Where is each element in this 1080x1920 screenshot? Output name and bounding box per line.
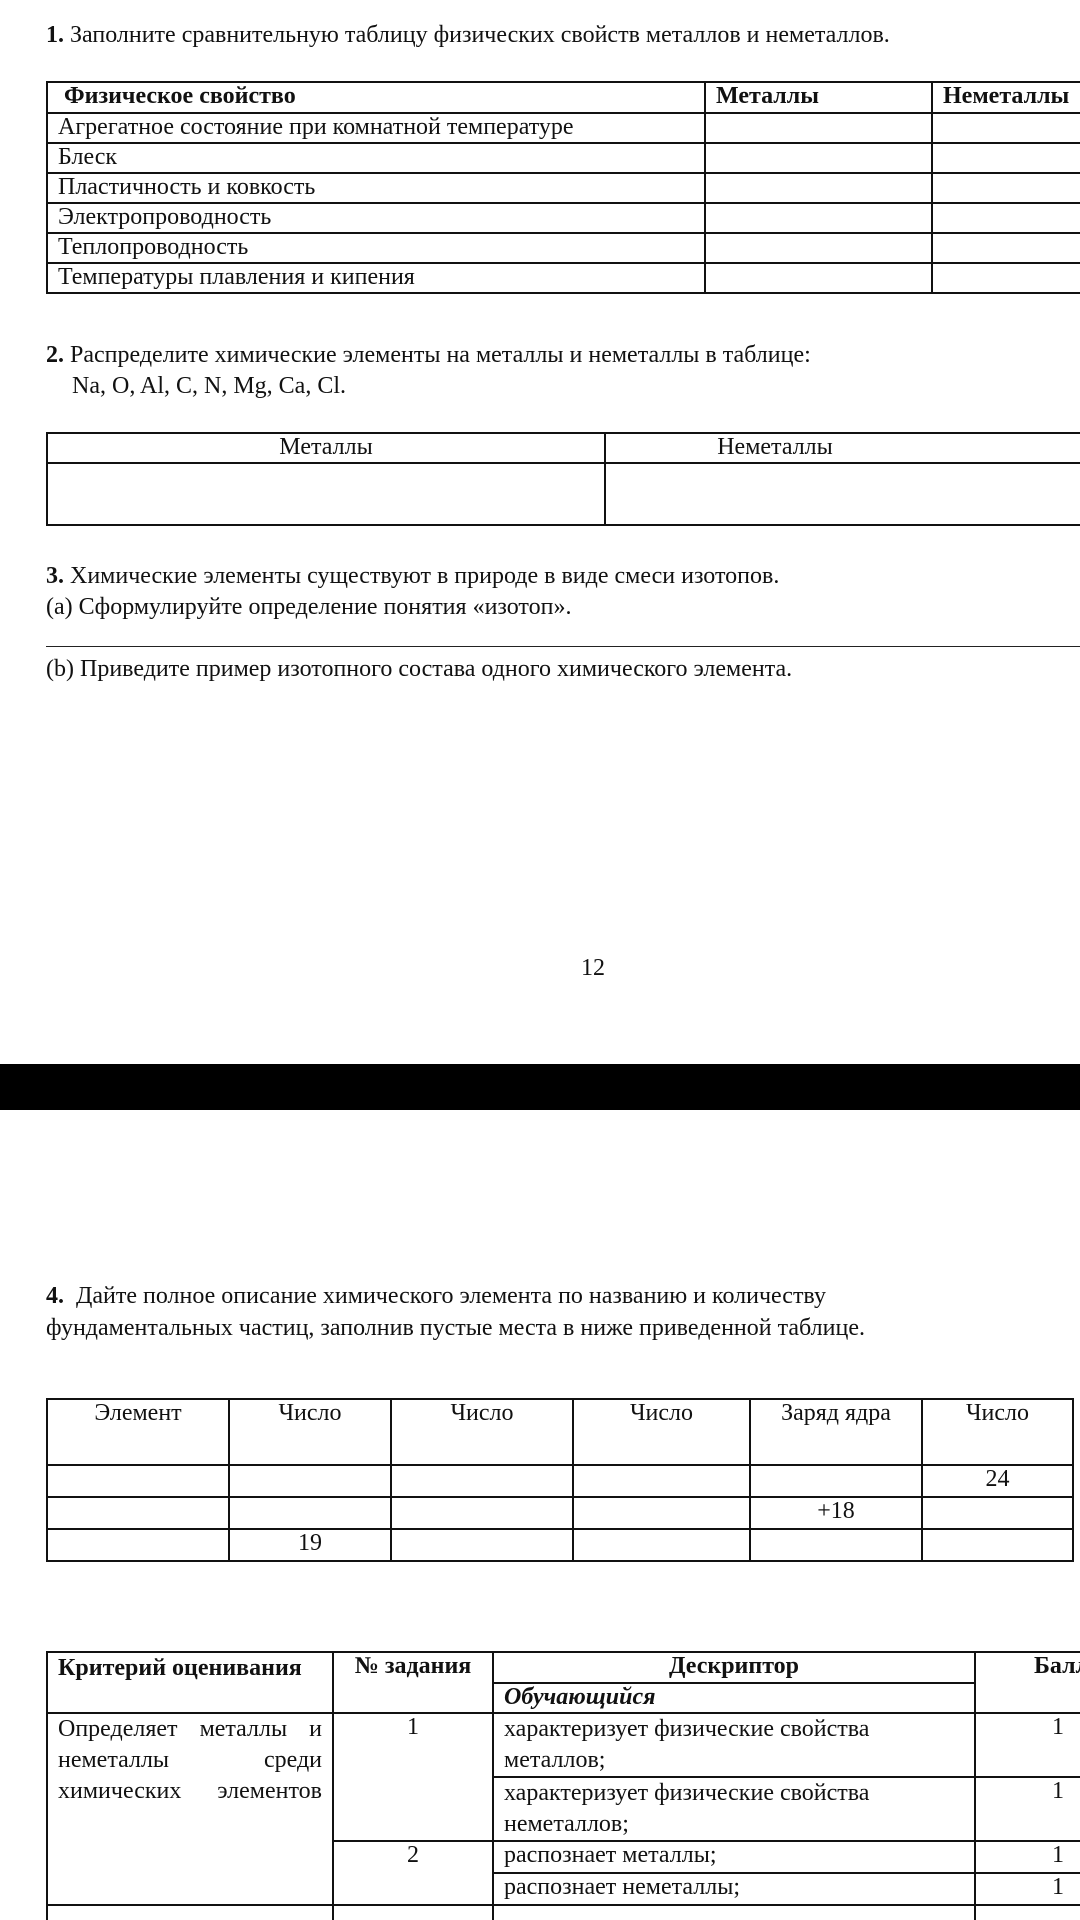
header-nonmetals: Неметаллы	[605, 433, 1080, 463]
cell[interactable]	[573, 1497, 750, 1529]
descriptor: распознает металлы;	[493, 1841, 975, 1873]
cell[interactable]	[229, 1465, 391, 1497]
header-number-3: Число	[573, 1399, 750, 1465]
cell[interactable]: 19	[229, 1529, 391, 1561]
criterion-text: Определяет металлы и неметаллы среди хим…	[47, 1713, 333, 1905]
nonmetals-cell[interactable]	[932, 143, 1080, 173]
cell[interactable]	[922, 1529, 1073, 1561]
question-4: 4. Дайте полное описание химического эле…	[46, 1281, 826, 1311]
cell	[333, 1905, 493, 1920]
classification-table: Металлы Неметаллы	[46, 432, 1080, 526]
question-3b: (b) Приведите пример изотопного состава …	[46, 654, 792, 684]
metals-cell[interactable]	[705, 113, 932, 143]
question-4-text-line2: фундаментальных частиц, заполнив пустые …	[46, 1313, 865, 1343]
question-2-number: 2.	[46, 342, 64, 368]
descriptor: характеризует физические свойства немета…	[493, 1777, 975, 1841]
cell[interactable]	[229, 1497, 391, 1529]
nonmetals-cell[interactable]	[932, 173, 1080, 203]
header-element: Элемент	[47, 1399, 229, 1465]
cell[interactable]	[47, 1497, 229, 1529]
header-metals: Металлы	[47, 433, 605, 463]
metals-answer-cell[interactable]	[47, 463, 605, 525]
question-3-number: 3.	[46, 563, 64, 589]
descriptor: характеризует физические свойства металл…	[493, 1713, 975, 1777]
properties-table: Физическое свойство Металлы Неметаллы Аг…	[46, 81, 1080, 294]
header-descriptor: Дескриптор	[493, 1652, 975, 1683]
cell[interactable]	[922, 1497, 1073, 1529]
header-nonmetals: Неметаллы	[932, 82, 1080, 113]
header-number-4: Число	[922, 1399, 1073, 1465]
property-row: Температуры плавления и кипения	[47, 263, 705, 293]
property-row: Электропроводность	[47, 203, 705, 233]
question-2-text: Распределите химические элементы на мета…	[70, 342, 811, 368]
cell[interactable]	[391, 1497, 573, 1529]
nonmetals-cell[interactable]	[932, 203, 1080, 233]
element-list: Na, O, Al, C, N, Mg, Ca, Cl.	[72, 371, 346, 401]
question-3a: (a) Сформулируйте определение понятия «и…	[46, 592, 571, 622]
metals-cell[interactable]	[705, 203, 932, 233]
question-1: 1. Заполните сравнительную таблицу физич…	[46, 20, 890, 50]
cell[interactable]	[573, 1529, 750, 1561]
header-task-number: № задания	[333, 1652, 493, 1713]
nonmetals-cell[interactable]	[932, 263, 1080, 293]
cell[interactable]	[47, 1465, 229, 1497]
property-row: Агрегатное состояние при комнатной темпе…	[47, 113, 705, 143]
particles-table: Элемент Число Число Число Заряд ядра Чис…	[46, 1398, 1074, 1562]
property-row: Пластичность и ковкость	[47, 173, 705, 203]
question-2: 2. Распределите химические элементы на м…	[46, 340, 811, 370]
metals-cell[interactable]	[705, 263, 932, 293]
nonmetals-cell[interactable]	[932, 233, 1080, 263]
page-number: 12	[581, 953, 605, 983]
header-metals: Металлы	[705, 82, 932, 113]
cell[interactable]: +18	[750, 1497, 922, 1529]
descriptor-subheader: Обучающийся	[493, 1683, 975, 1713]
header-number-1: Число	[229, 1399, 391, 1465]
cell	[493, 1905, 975, 1920]
metals-cell[interactable]	[705, 173, 932, 203]
task-number: 1	[333, 1713, 493, 1841]
cell[interactable]: 24	[922, 1465, 1073, 1497]
metals-cell[interactable]	[705, 143, 932, 173]
answer-line[interactable]	[46, 646, 1080, 647]
descriptor: распознает неметаллы;	[493, 1873, 975, 1905]
cell[interactable]	[573, 1465, 750, 1497]
points: 1	[975, 1841, 1080, 1873]
property-row: Теплопроводность	[47, 233, 705, 263]
cell	[47, 1905, 333, 1920]
cell[interactable]	[750, 1529, 922, 1561]
cell	[975, 1905, 1080, 1920]
metals-cell[interactable]	[705, 233, 932, 263]
header-number-2: Число	[391, 1399, 573, 1465]
rubric-table: Критерий оценивания № задания Дескриптор…	[46, 1651, 1080, 1920]
question-1-number: 1.	[46, 22, 64, 48]
property-row: Блеск	[47, 143, 705, 173]
question-4-number: 4.	[46, 1283, 64, 1309]
question-3: 3. Химические элементы существуют в прир…	[46, 561, 779, 591]
question-3-text: Химические элементы существуют в природе…	[70, 563, 779, 589]
header-criterion: Критерий оценивания	[47, 1652, 333, 1713]
question-1-text: Заполните сравнительную таблицу физическ…	[70, 22, 890, 48]
nonmetals-cell[interactable]	[932, 113, 1080, 143]
cell[interactable]	[750, 1465, 922, 1497]
page-separator	[0, 1064, 1080, 1110]
question-4-text-line1: Дайте полное описание химического элемен…	[76, 1283, 826, 1309]
header-points: Балл	[975, 1652, 1080, 1713]
header-property: Физическое свойство	[47, 82, 705, 113]
header-nuclear-charge: Заряд ядра	[750, 1399, 922, 1465]
points: 1	[975, 1777, 1080, 1841]
points: 1	[975, 1713, 1080, 1777]
cell[interactable]	[391, 1529, 573, 1561]
task-number: 2	[333, 1841, 493, 1905]
nonmetals-answer-cell[interactable]	[605, 463, 1080, 525]
cell[interactable]	[47, 1529, 229, 1561]
cell[interactable]	[391, 1465, 573, 1497]
points: 1	[975, 1873, 1080, 1905]
